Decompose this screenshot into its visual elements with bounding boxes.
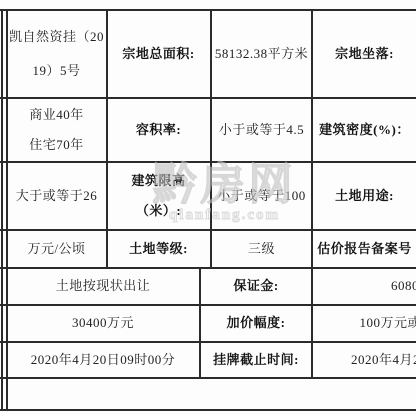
cell-listing-start-time: 2020年4月20日09时00分 xyxy=(8,343,198,376)
grid-line xyxy=(199,267,201,379)
cell-value-listing-deadline: 2020年4月2 xyxy=(313,343,416,376)
cell-label-listing-deadline: 挂牌截止时间: xyxy=(202,343,310,376)
cell-label-height-limit: 建筑限高 （米）: xyxy=(108,164,209,228)
cell-label-location: 宗地坐落: xyxy=(313,12,416,96)
cell-value-price-unit: 万元/公顷 xyxy=(8,231,105,266)
grid-line xyxy=(0,409,416,411)
cell-label-appraisal-report-no: 估价报告备案号 xyxy=(313,231,416,266)
cell-value-total-area: 58132.38平方米 xyxy=(213,12,310,96)
cell-transfer-condition: 土地按现状出让 xyxy=(8,269,198,303)
cell-label-plot-ratio: 容积率: xyxy=(108,100,209,160)
grid-line xyxy=(210,9,212,269)
grid-line xyxy=(0,161,416,163)
cell-label-total-area: 宗地总面积: xyxy=(108,12,209,96)
cell-label-deposit: 保证金: xyxy=(202,269,310,303)
grid-line xyxy=(0,97,416,99)
cell-label-increment: 加价幅度: xyxy=(202,306,310,340)
cell-value-increment: 100万元或 xyxy=(313,306,416,340)
cell-empty-row xyxy=(8,379,416,409)
cell-value-plot-ratio: 小于或等于4.5 xyxy=(213,100,310,160)
cell-parcel-number: 凯自然资挂（20 19）5号 xyxy=(8,12,105,96)
cell-label-building-density: 建筑密度(%)： xyxy=(313,100,416,160)
cell-label-land-use: 土地用途: xyxy=(313,164,416,228)
cell-land-tenure: 商业40年 住宅70年 xyxy=(8,100,105,160)
grid-line xyxy=(0,9,416,11)
cell-starting-price: 30400万元 xyxy=(8,306,198,340)
cell-label-land-grade: 土地等级: xyxy=(108,231,209,266)
grid-line xyxy=(1,9,3,411)
land-listing-table: 黔房网 qianfang.com 凯自然资挂（20 19）5号 宗地总面积: 5… xyxy=(0,0,416,416)
cell-value-land-grade: 三级 xyxy=(213,231,310,266)
cell-value-floor-area-min: 大于或等于26 xyxy=(8,164,105,228)
cell-value-deposit: 6080 xyxy=(313,269,416,303)
cell-value-height-limit: 小于或等于100 xyxy=(213,164,310,228)
